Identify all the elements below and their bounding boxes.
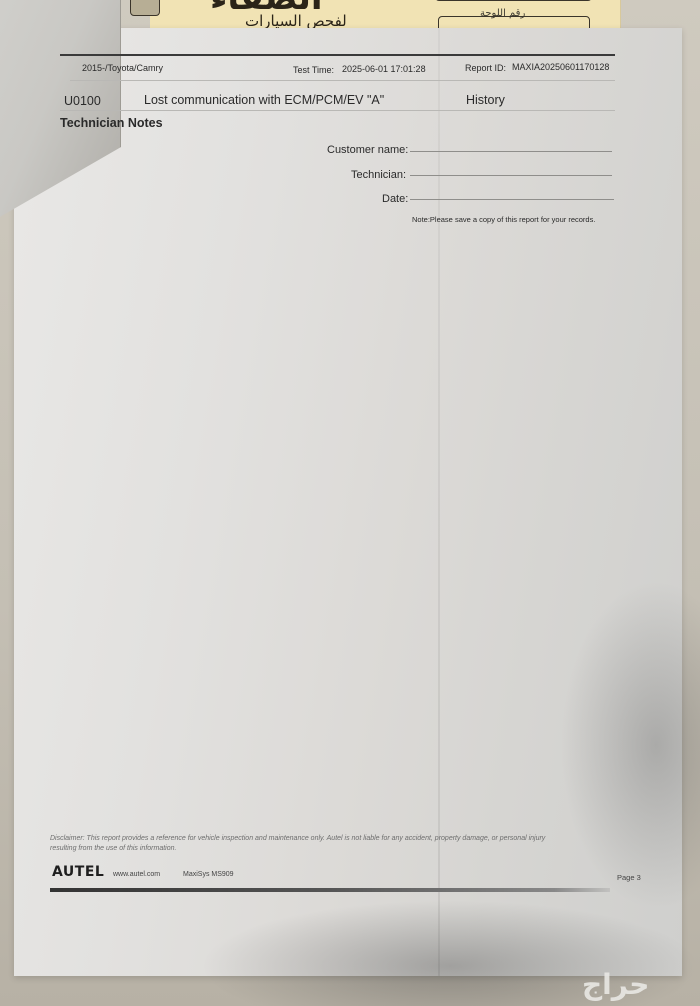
- dtc-description: Lost communication with ECM/PCM/EV "A": [144, 93, 384, 107]
- disclaimer-line-2: resulting from the use of this informati…: [50, 845, 176, 852]
- technician-label: Technician:: [351, 169, 406, 181]
- dtc-status: History: [466, 93, 505, 107]
- footer-device: MaxiSys MS909: [183, 871, 234, 878]
- header-divider: [70, 80, 615, 81]
- technician-notes-heading: Technician Notes: [60, 116, 163, 130]
- date-label: Date:: [382, 193, 408, 205]
- footer-rule: [50, 888, 610, 892]
- test-time-label: Test Time:: [293, 65, 334, 75]
- test-time-value: 2025-06-01 17:01:28: [342, 64, 426, 74]
- report-id-label: Report ID:: [465, 63, 506, 73]
- dtc-divider: [60, 110, 615, 111]
- card-field-box: [435, 0, 592, 1]
- haraj-watermark: حراج: [582, 968, 649, 1001]
- disclaimer-line-1: Disclaimer: This report provides a refer…: [50, 835, 545, 842]
- dtc-code: U0100: [64, 94, 101, 108]
- autel-logo: AUTEL: [52, 864, 104, 880]
- card-corner-box: [130, 0, 160, 16]
- header-rule: [60, 54, 615, 56]
- technician-field[interactable]: [410, 175, 612, 176]
- date-field[interactable]: [410, 199, 614, 200]
- save-copy-note: Note:Please save a copy of this report f…: [412, 215, 595, 224]
- vehicle-info: 2015-/Toyota/Camry: [82, 63, 163, 73]
- report-id-value: MAXIA20250601170128: [512, 62, 609, 72]
- customer-name-label: Customer name:: [327, 144, 408, 156]
- footer-website: www.autel.com: [113, 871, 160, 878]
- customer-name-field[interactable]: [410, 151, 612, 152]
- hand-shadow: [560, 580, 700, 910]
